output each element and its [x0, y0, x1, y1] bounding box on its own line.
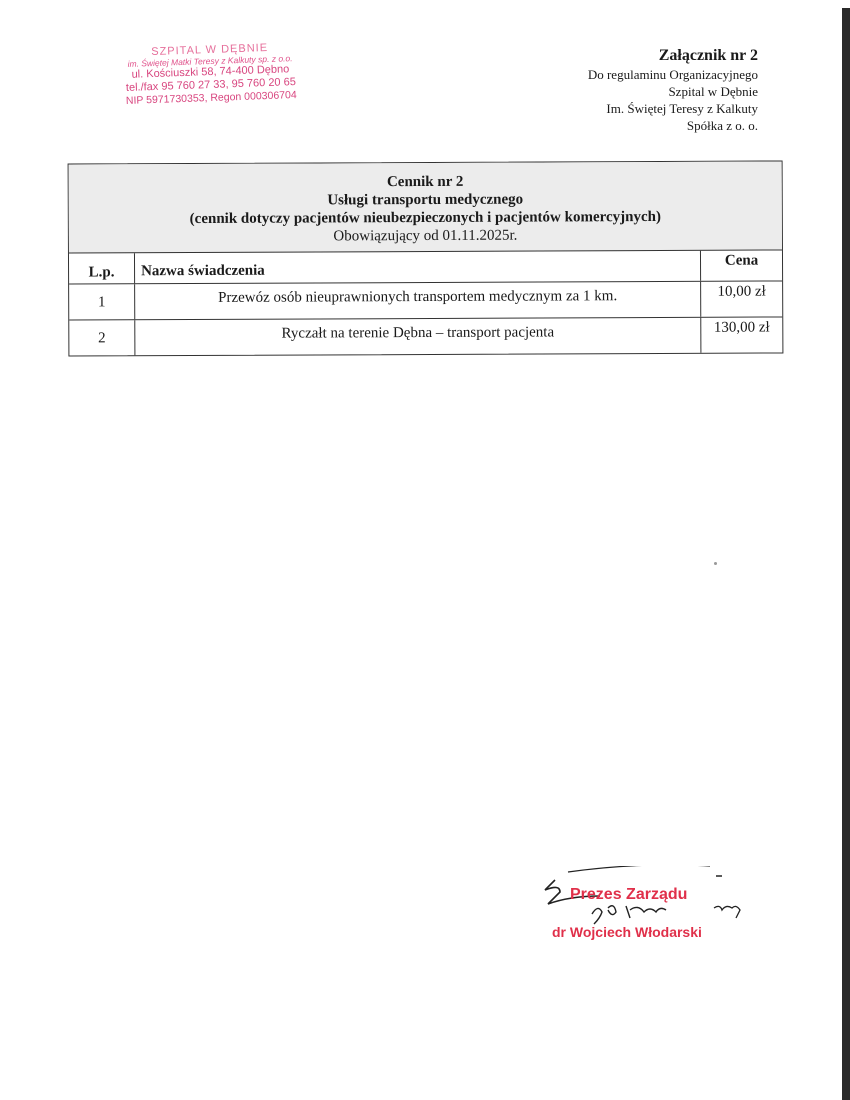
hospital-stamp: SZPITAL W DĘBNIE im. Świętej Matki Teres…	[107, 40, 314, 107]
signatory-name: dr Wojciech Włodarski	[552, 924, 702, 940]
price-list-valid-from: Obowiązujący od 01.11.2025r.	[69, 225, 782, 246]
annex-line: Im. Świętej Teresy z Kalkuty	[588, 100, 758, 117]
scan-edge	[842, 8, 850, 1100]
row-price: 130,00 zł	[701, 317, 782, 352]
column-header-name: Nazwa świadczenia	[135, 251, 701, 283]
row-service-name: Przewóz osób nieuprawnionych transportem…	[135, 282, 701, 319]
row-lp: 1	[69, 284, 135, 319]
price-table-caption: Cennik nr 2 Usługi transportu medycznego…	[69, 161, 782, 253]
annex-line: Szpital w Dębnie	[588, 83, 758, 100]
column-header-price: Cena	[701, 250, 782, 280]
row-price: 10,00 zł	[701, 281, 782, 316]
price-table: Cennik nr 2 Usługi transportu medycznego…	[68, 160, 784, 356]
column-header-lp: L.p.	[69, 253, 135, 283]
row-lp: 2	[69, 320, 135, 355]
signatory-role: Prezes Zarządu	[570, 886, 687, 904]
table-row: 1 Przewóz osób nieuprawnionych transport…	[69, 281, 782, 320]
scan-speck	[714, 562, 717, 565]
row-service-name: Ryczałt na terenie Dębna – transport pac…	[135, 318, 701, 355]
annex-title: Załącznik nr 2	[588, 46, 758, 66]
table-header-row: L.p. Nazwa świadczenia Cena	[69, 250, 782, 284]
annex-header: Załącznik nr 2 Do regulaminu Organizacyj…	[588, 46, 758, 134]
annex-line: Spółka z o. o.	[588, 117, 758, 134]
table-row: 2 Ryczałt na terenie Dębna – transport p…	[69, 317, 782, 355]
annex-line: Do regulaminu Organizacyjnego	[588, 66, 758, 83]
